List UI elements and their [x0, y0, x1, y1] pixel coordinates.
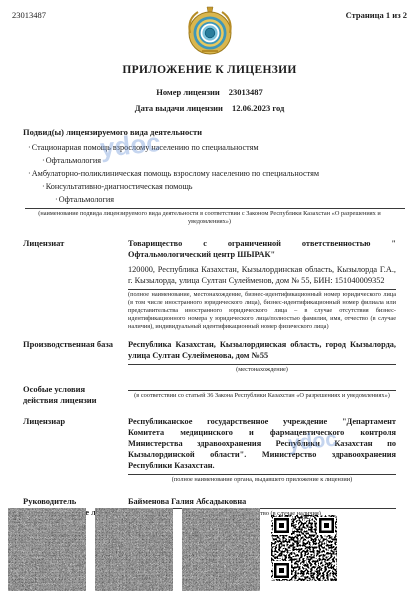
issue-date-value: 12.06.2023 год: [232, 103, 284, 113]
subtype-item-label: Консультативно-диагностическая помощь: [46, 182, 193, 191]
licensor-value: Республиканское государственное учрежден…: [128, 416, 396, 471]
licensor-caption: (полное наименование органа, выдавшего п…: [128, 476, 396, 484]
licensee-row: Лицензиат Товарищество с ограниченной от…: [23, 238, 396, 331]
subtypes-heading: Подвид(ы) лицензируемого вида деятельнос…: [23, 127, 396, 137]
licensee-divider: [128, 289, 396, 290]
bullet-icon: ·: [42, 156, 45, 165]
special-conditions-row: Особые условия действия лицензии (в соот…: [23, 384, 396, 406]
subtype-item-label: Офтальмология: [46, 156, 101, 165]
header-doc-number: 23013487: [12, 10, 46, 20]
special-conditions-value-block: (в соответствии со статьей 36 Закона Рес…: [128, 384, 396, 406]
production-base-value: Республика Казахстан, Кызылординская обл…: [128, 339, 396, 361]
production-base-divider: [128, 364, 396, 365]
subtype-item: ·Стационарная помощь взрослому населению…: [23, 141, 396, 154]
subtype-item-label: Амбулаторно-поликлиническая помощь взрос…: [32, 169, 319, 178]
production-base-caption: (местонахождение): [128, 366, 396, 374]
page-indicator: Страница 1 из 2: [346, 10, 407, 20]
subtypes-divider: [25, 208, 405, 209]
subtypes-caption: (наименование подвида лицензируемого вид…: [26, 210, 393, 226]
license-appendix-page: 23013487 Страница 1 из 2 ПРИЛОЖЕНИЕ К ЛИ…: [0, 0, 419, 600]
issue-date-line: Дата выдачи лицензии12.06.2023 год: [0, 103, 419, 114]
licensee-caption: (полное наименование, местонахождение, б…: [128, 291, 396, 331]
subtype-item: ·Консультативно-диагностическая помощь: [23, 180, 396, 193]
barcode-datamatrix-1: [8, 508, 86, 591]
special-conditions-label: Особые условия действия лицензии: [23, 384, 128, 406]
head-name: Байменова Галия Абсадыковна: [128, 496, 396, 507]
bullet-icon: ·: [55, 195, 58, 204]
licensor-divider: [128, 474, 396, 475]
subtype-item-label: Офтальмология: [59, 195, 114, 204]
subtype-item: ·Офтальмология: [23, 154, 396, 167]
production-base-label: Производственная база: [23, 339, 128, 374]
licensee-label: Лицензиат: [23, 238, 128, 331]
special-conditions-caption: (в соответствии со статьей 36 Закона Рес…: [128, 392, 396, 400]
subtype-item: ·Амбулаторно-поликлиническая помощь взро…: [23, 167, 396, 180]
bullet-icon: ·: [42, 182, 45, 191]
bullet-icon: ·: [28, 169, 31, 178]
licensor-label: Лицензиар: [23, 416, 128, 484]
license-number-value: 23013487: [229, 87, 263, 97]
subtype-item-label: Стационарная помощь взрослому населению …: [32, 143, 259, 152]
barcode-datamatrix-3: [182, 508, 260, 591]
license-number-label: Номер лицензии: [156, 87, 220, 97]
licensor-row: Лицензиар Республиканское государственно…: [23, 416, 396, 484]
licensee-value-block: Товарищество с ограниченной ответственно…: [128, 238, 396, 331]
issue-date-label: Дата выдачи лицензии: [135, 103, 223, 113]
licensee-name: Товарищество с ограниченной ответственно…: [128, 238, 396, 260]
production-base-row: Производственная база Республика Казахст…: [23, 339, 396, 374]
document-title: ПРИЛОЖЕНИЕ К ЛИЦЕНЗИИ: [0, 64, 419, 76]
licensee-address: 120000, Республика Казахстан, Кызылордин…: [128, 264, 396, 286]
subtypes-list: ·Стационарная помощь взрослому населению…: [23, 141, 396, 206]
bullet-icon: ·: [28, 143, 31, 152]
special-conditions-divider: [128, 390, 396, 391]
license-number-line: Номер лицензии23013487: [0, 87, 419, 98]
codes-row: [8, 508, 337, 591]
barcode-datamatrix-2: [95, 508, 173, 591]
subtype-item: ·Офтальмология: [23, 193, 396, 206]
kazakhstan-emblem-icon: [184, 6, 236, 56]
production-base-value-block: Республика Казахстан, Кызылординская обл…: [128, 339, 396, 374]
qr-code: [271, 515, 337, 581]
licensor-value-block: Республиканское государственное учрежден…: [128, 416, 396, 484]
